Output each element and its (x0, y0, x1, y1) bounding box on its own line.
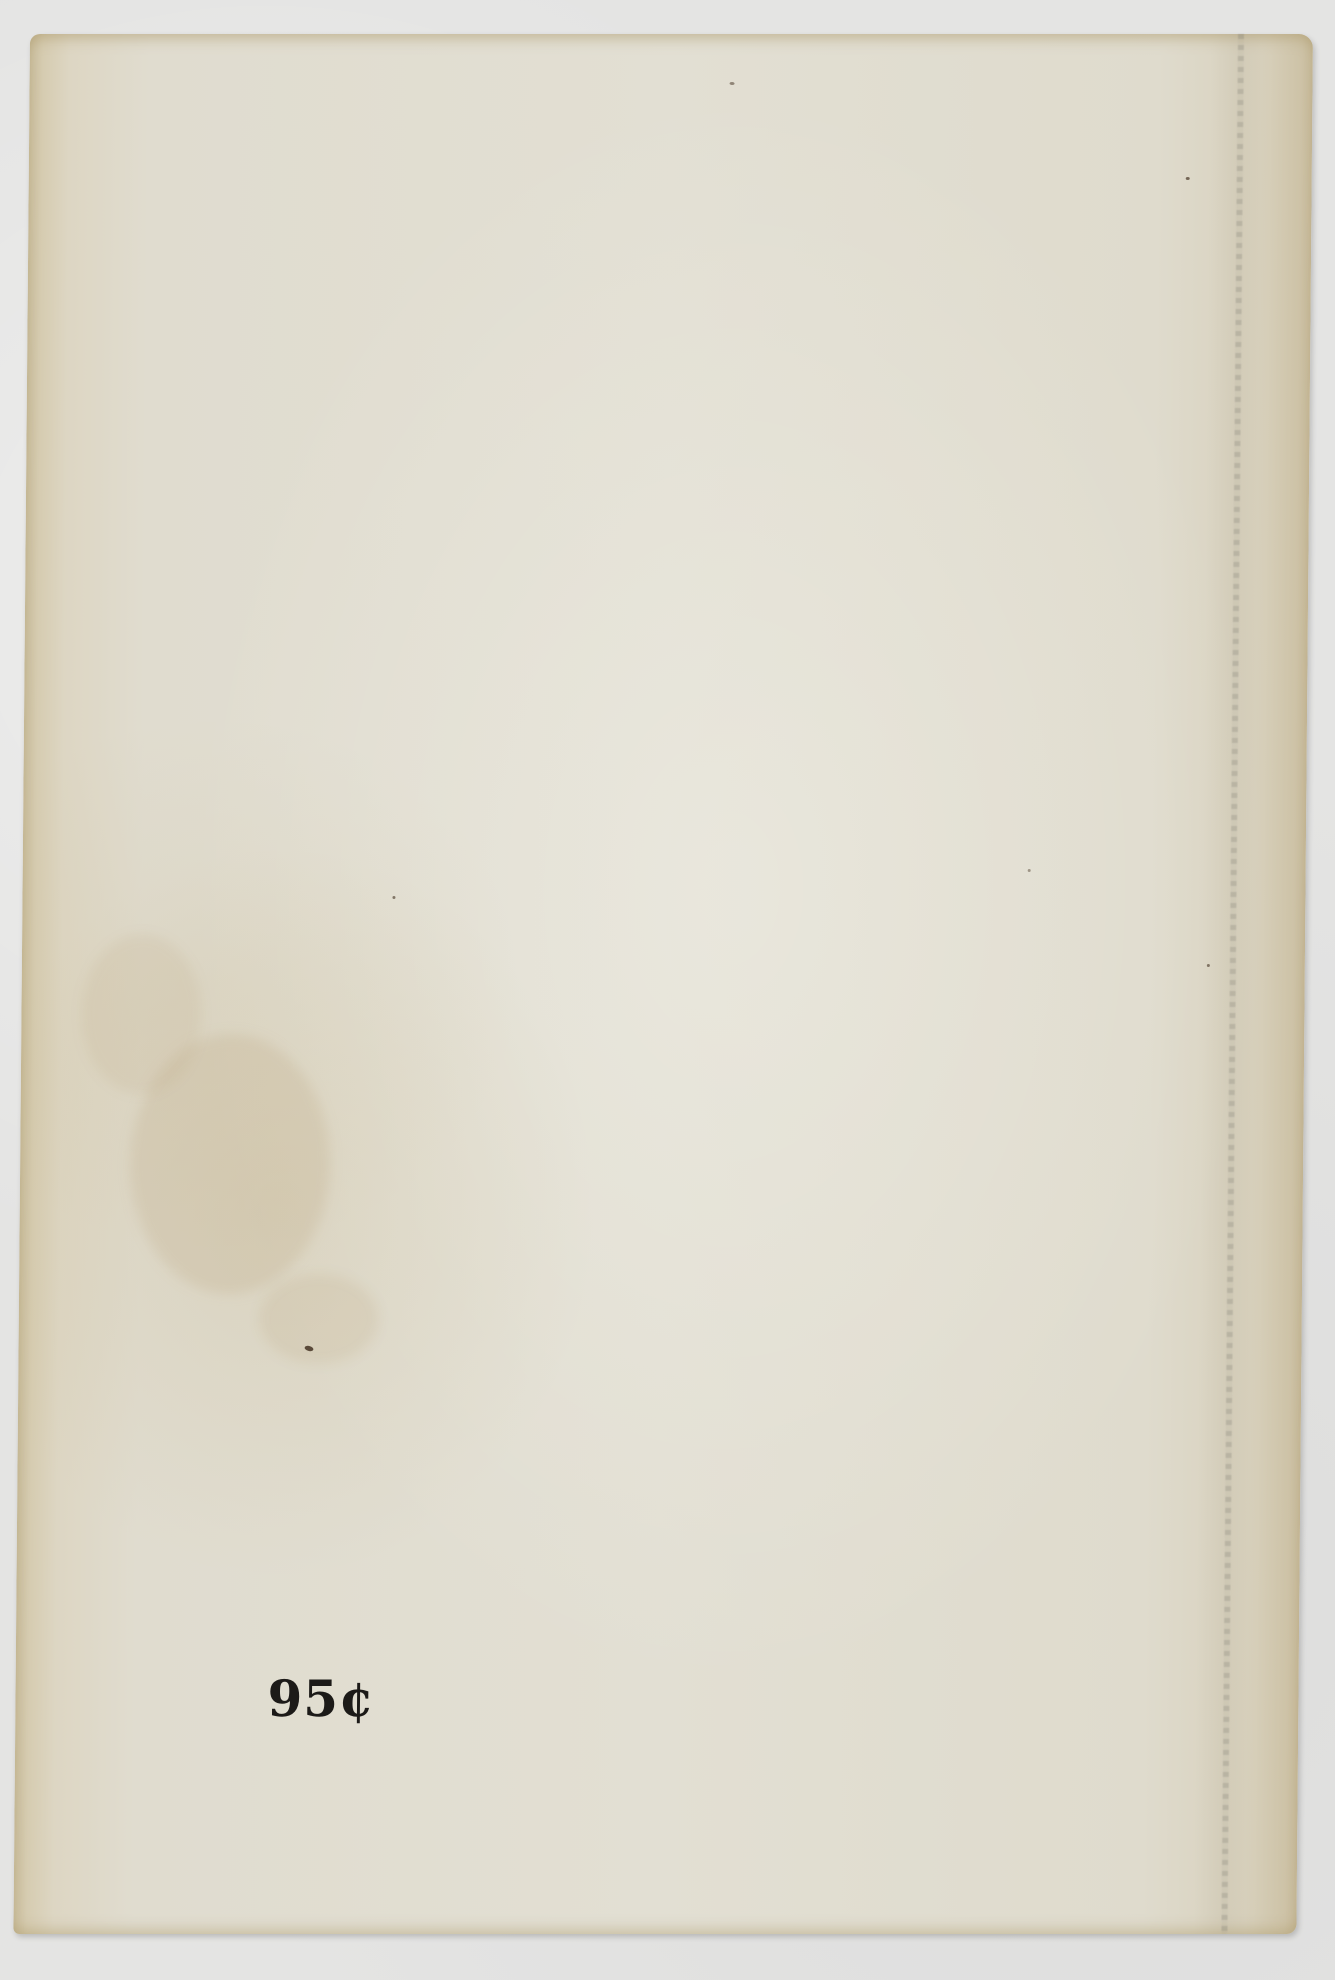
paper-speck (1186, 177, 1190, 180)
water-stain (258, 1274, 379, 1364)
price-label: 95¢ (267, 1674, 375, 1724)
paper-speck (1207, 964, 1210, 967)
book-back-cover: 95¢ (13, 34, 1313, 1934)
paper-speck (1028, 869, 1031, 872)
paper-speck (392, 896, 395, 899)
paper-speck (730, 82, 735, 85)
